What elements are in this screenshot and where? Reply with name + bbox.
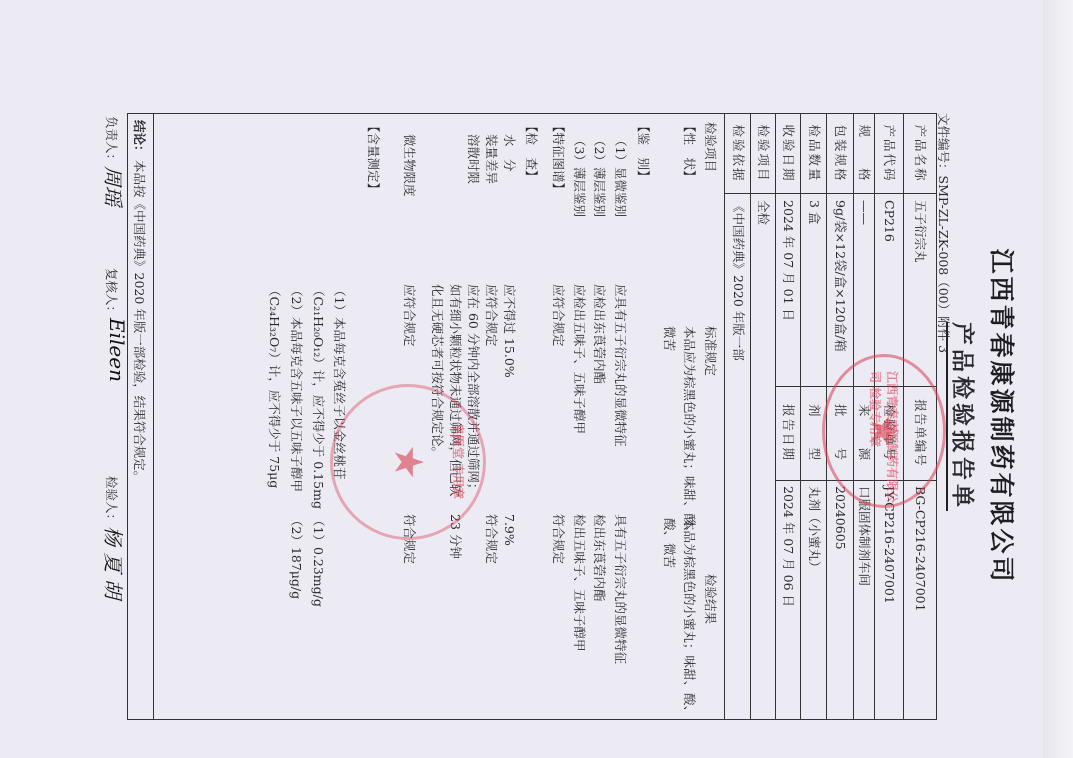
check-microbial-standard: 应符合规定 bbox=[402, 284, 416, 347]
col-header-item: 检验项目 bbox=[703, 122, 717, 172]
check-water-item: 水 分 bbox=[502, 134, 516, 172]
check-weight-item: 装量差异 bbox=[484, 134, 498, 184]
company-name: 江西青春康源制药有限公司 bbox=[985, 113, 1021, 720]
check-weight-standard: 应符合规定 bbox=[484, 284, 498, 347]
label-spec: 规 格 bbox=[857, 114, 871, 193]
col-header-result: 检验结果 bbox=[703, 574, 717, 624]
check-microbial-item: 微生物限度 bbox=[402, 134, 416, 197]
section-fingerprint: 【特征图谱】 bbox=[551, 120, 565, 195]
conclusion-label: 结论： bbox=[132, 120, 146, 158]
check-disintegration-item: 溶散时限 bbox=[466, 134, 480, 184]
inspection-stamp: ★ 江西青春康源制药有限公司 检验专用章 bbox=[822, 354, 946, 508]
section-character: 【性 状】 bbox=[682, 120, 696, 183]
fingerprint-standard: 应符合规定 bbox=[551, 284, 565, 347]
assay-result-1: （1）0.23mg/g bbox=[311, 514, 325, 607]
ident-2-item: （2）薄层鉴别 bbox=[592, 134, 606, 217]
value-package: 9g/袋×12袋/盒×120盒/箱 bbox=[833, 200, 847, 352]
label-package: 包装规格 bbox=[833, 114, 847, 193]
label-receive-date: 收验日期 bbox=[781, 114, 795, 193]
label-product-code: 产品代码 bbox=[882, 114, 896, 193]
ident-1-standard: 应具有五子衍宗丸的显微特征 bbox=[613, 284, 627, 447]
section-assay: 【含量测定】 bbox=[366, 120, 380, 195]
label-product-name: 产品名称 bbox=[913, 114, 927, 193]
assay-result-2: （2）187μg/g bbox=[289, 514, 303, 599]
value-test-basis: 《中国药典》2020 年版一部 bbox=[731, 200, 745, 361]
assay-standard-3: （2）本品每克含五味子以五味子醇甲 bbox=[289, 284, 303, 492]
fingerprint-result: 符合规定 bbox=[551, 514, 565, 564]
value-product-name: 五子衍宗丸 bbox=[913, 200, 927, 263]
check-weight-result: 符合规定 bbox=[484, 514, 498, 564]
pharmacy-stamp: ★ 皇医堂 专用章 bbox=[330, 384, 486, 540]
report-table: 产品名称 五子衍宗丸 产品代码 CP216 规 格 —— 包装规格 9g/袋×1… bbox=[127, 113, 937, 720]
assay-standard-4: （C₂₄H₃₂O₇）计，应不得少于 75μg bbox=[267, 284, 281, 488]
inspector-signature: 杨 夏 胡 bbox=[100, 526, 129, 599]
ident-2-result: 检出东莨菪内酯 bbox=[592, 514, 606, 602]
label-test-items: 检验项目 bbox=[756, 114, 770, 193]
document-number: 文件编号：SMP-ZL-ZK-008（00）附件 3 bbox=[935, 113, 953, 353]
character-standard-2: 微苦 bbox=[662, 326, 676, 351]
value-report-date: 2024 年 07 月 06 日 bbox=[781, 486, 795, 607]
stamp-text-2: 皇医堂 专用章 bbox=[450, 423, 467, 499]
value-receive-date: 2024 年 07 月 01 日 bbox=[781, 200, 795, 321]
stamp-text: 江西青春康源制药有限公司 检验专用章 bbox=[867, 371, 901, 505]
assay-standard-2: （C₂₁H₂₀O₁₂）计，应不得少于 0.15mg bbox=[311, 284, 325, 509]
value-quantity: 3 盒 bbox=[807, 200, 821, 224]
conclusion-text: 本品按《中国药典》2020 年版一部检验，结果符合规定。 bbox=[132, 160, 146, 483]
label-dosage-form: 剂 型 bbox=[807, 386, 821, 480]
ident-3-standard: 应检出五味子、五味子醇甲 bbox=[572, 284, 586, 434]
value-test-items: 全检 bbox=[756, 200, 770, 225]
star-icon: ★ bbox=[385, 444, 431, 480]
reviewer-signature: Eileen bbox=[105, 318, 129, 382]
ident-3-item: （3）薄层鉴别 bbox=[572, 134, 586, 217]
responsible-label: 负责人： bbox=[103, 116, 121, 166]
ident-2-standard: 应检出东莨菪内酯 bbox=[592, 284, 606, 384]
inspection-report: 江西青春康源制药有限公司 产品检验报告单 文件编号：SMP-ZL-ZK-008（… bbox=[0, 0, 1073, 758]
character-result-1: 本品为棕黑色的小蜜丸；味甜、酸、 bbox=[682, 518, 696, 718]
reviewer-label: 复核人： bbox=[103, 268, 121, 318]
ident-1-result: 具有五子衍宗丸的显微特征 bbox=[613, 514, 627, 664]
character-result-2: 酸、微苦 bbox=[662, 518, 676, 568]
value-spec: —— bbox=[857, 200, 871, 225]
label-report-date: 报告日期 bbox=[781, 386, 795, 480]
check-water-result: 7.9% bbox=[502, 514, 516, 546]
label-test-basis: 检验依据 bbox=[731, 114, 745, 193]
value-report-no: BG-CP216-2407001 bbox=[913, 486, 927, 612]
section-identification: 【鉴 别】 bbox=[636, 120, 650, 183]
label-quantity: 检品数量 bbox=[807, 114, 821, 193]
responsible-signature: 周瑶 bbox=[100, 166, 129, 206]
inspector-label: 检验人： bbox=[103, 476, 121, 526]
value-product-code: CP216 bbox=[882, 200, 896, 242]
check-water-standard: 应不得过 15.0% bbox=[502, 284, 516, 378]
value-dosage-form: 丸剂（小蜜丸） bbox=[807, 486, 821, 574]
ident-1-item: （1）显微鉴别 bbox=[613, 134, 627, 217]
value-batch: 20240605 bbox=[833, 486, 847, 550]
character-standard-1: 本品应为棕黑色的小蜜丸；味甜、酸、 bbox=[682, 326, 696, 539]
ident-3-result: 检出五味子、五味子醇甲 bbox=[572, 514, 586, 652]
section-inspection: 【检 查】 bbox=[524, 120, 538, 183]
col-header-standard: 标准规定 bbox=[703, 326, 717, 376]
